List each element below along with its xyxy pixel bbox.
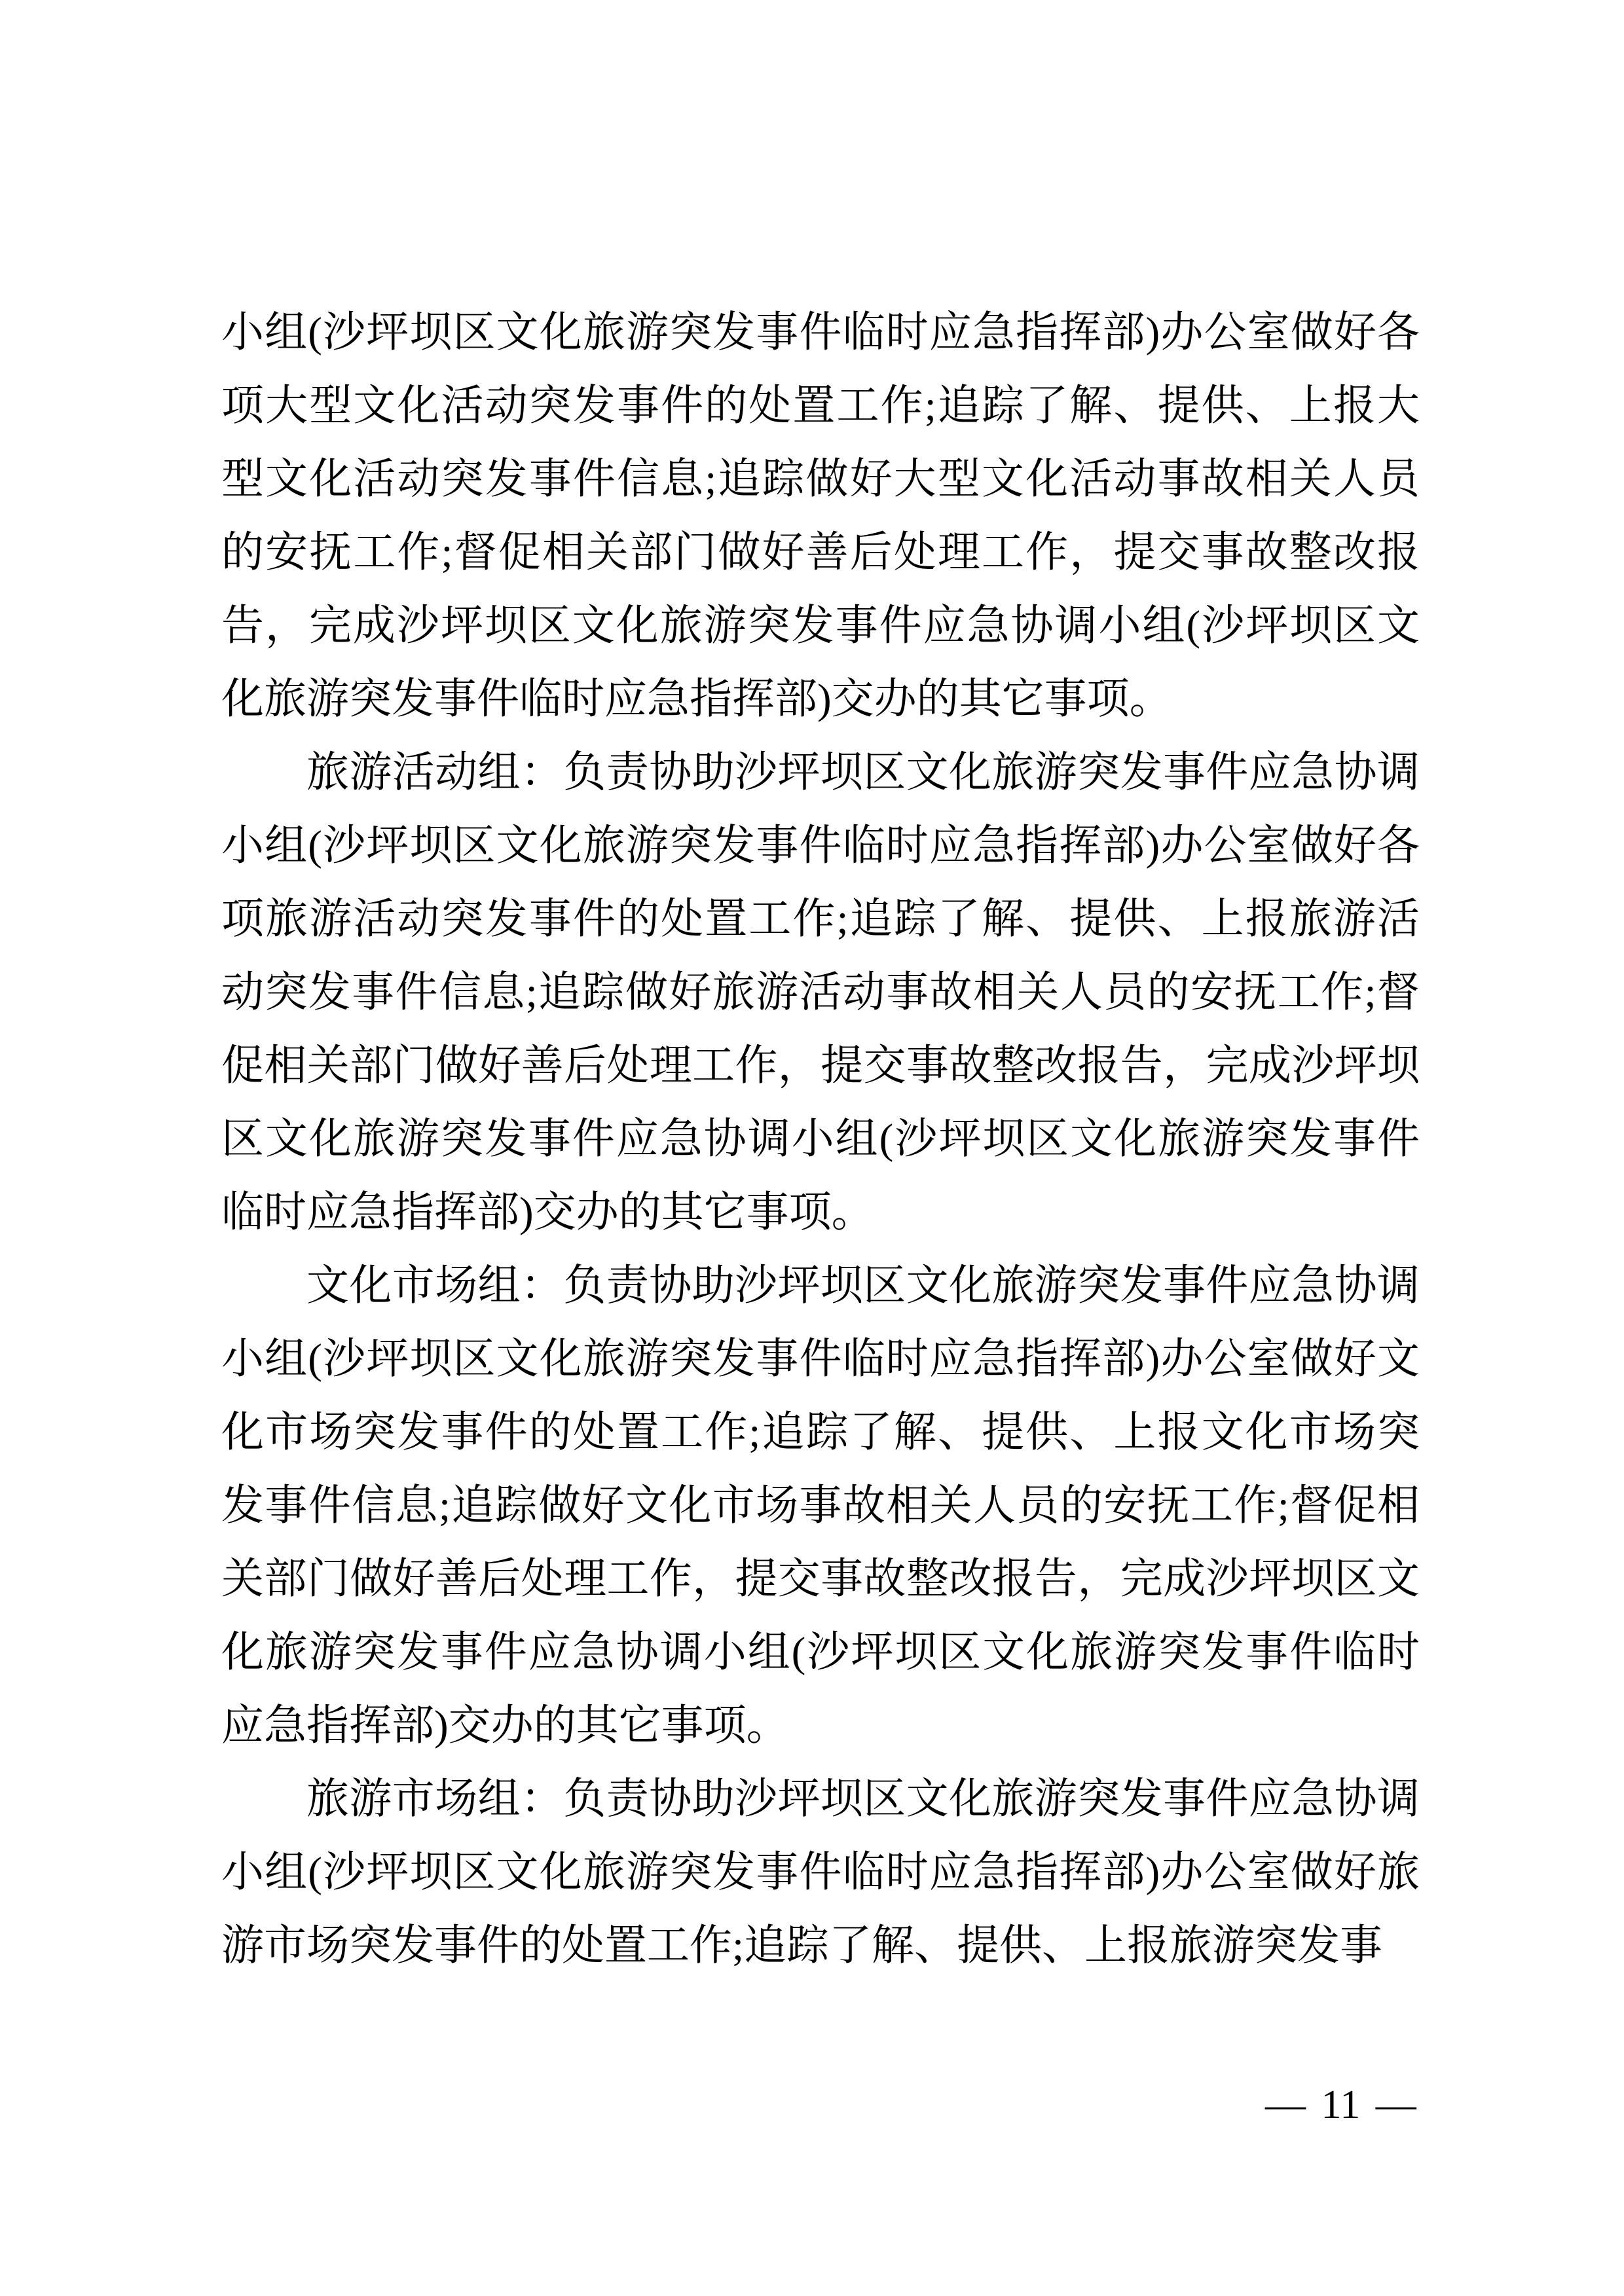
paragraph-continuation-culture-activity-group: 小组(沙坪坝区文化旅游突发事件临时应急指挥部)办公室做好各项大型文化活动突发事件…: [221, 296, 1420, 736]
paragraph-culture-market-group: 文化市场组：负责协助沙坪坝区文化旅游突发事件应急协调小组(沙坪坝区文化旅游突发事…: [221, 1249, 1420, 1762]
document-page: 小组(沙坪坝区文化旅游突发事件临时应急指挥部)办公室做好各项大型文化活动突发事件…: [0, 0, 1624, 2296]
paragraph-tourism-market-group: 旅游市场组：负责协助沙坪坝区文化旅游突发事件应急协调小组(沙坪坝区文化旅游突发事…: [221, 1762, 1420, 1982]
paragraph-tourism-activity-group: 旅游活动组：负责协助沙坪坝区文化旅游突发事件应急协调小组(沙坪坝区文化旅游突发事…: [221, 736, 1420, 1249]
page-number: — 11 —: [1265, 2082, 1416, 2128]
document-body: 小组(沙坪坝区文化旅游突发事件临时应急指挥部)办公室做好各项大型文化活动突发事件…: [221, 296, 1420, 1982]
